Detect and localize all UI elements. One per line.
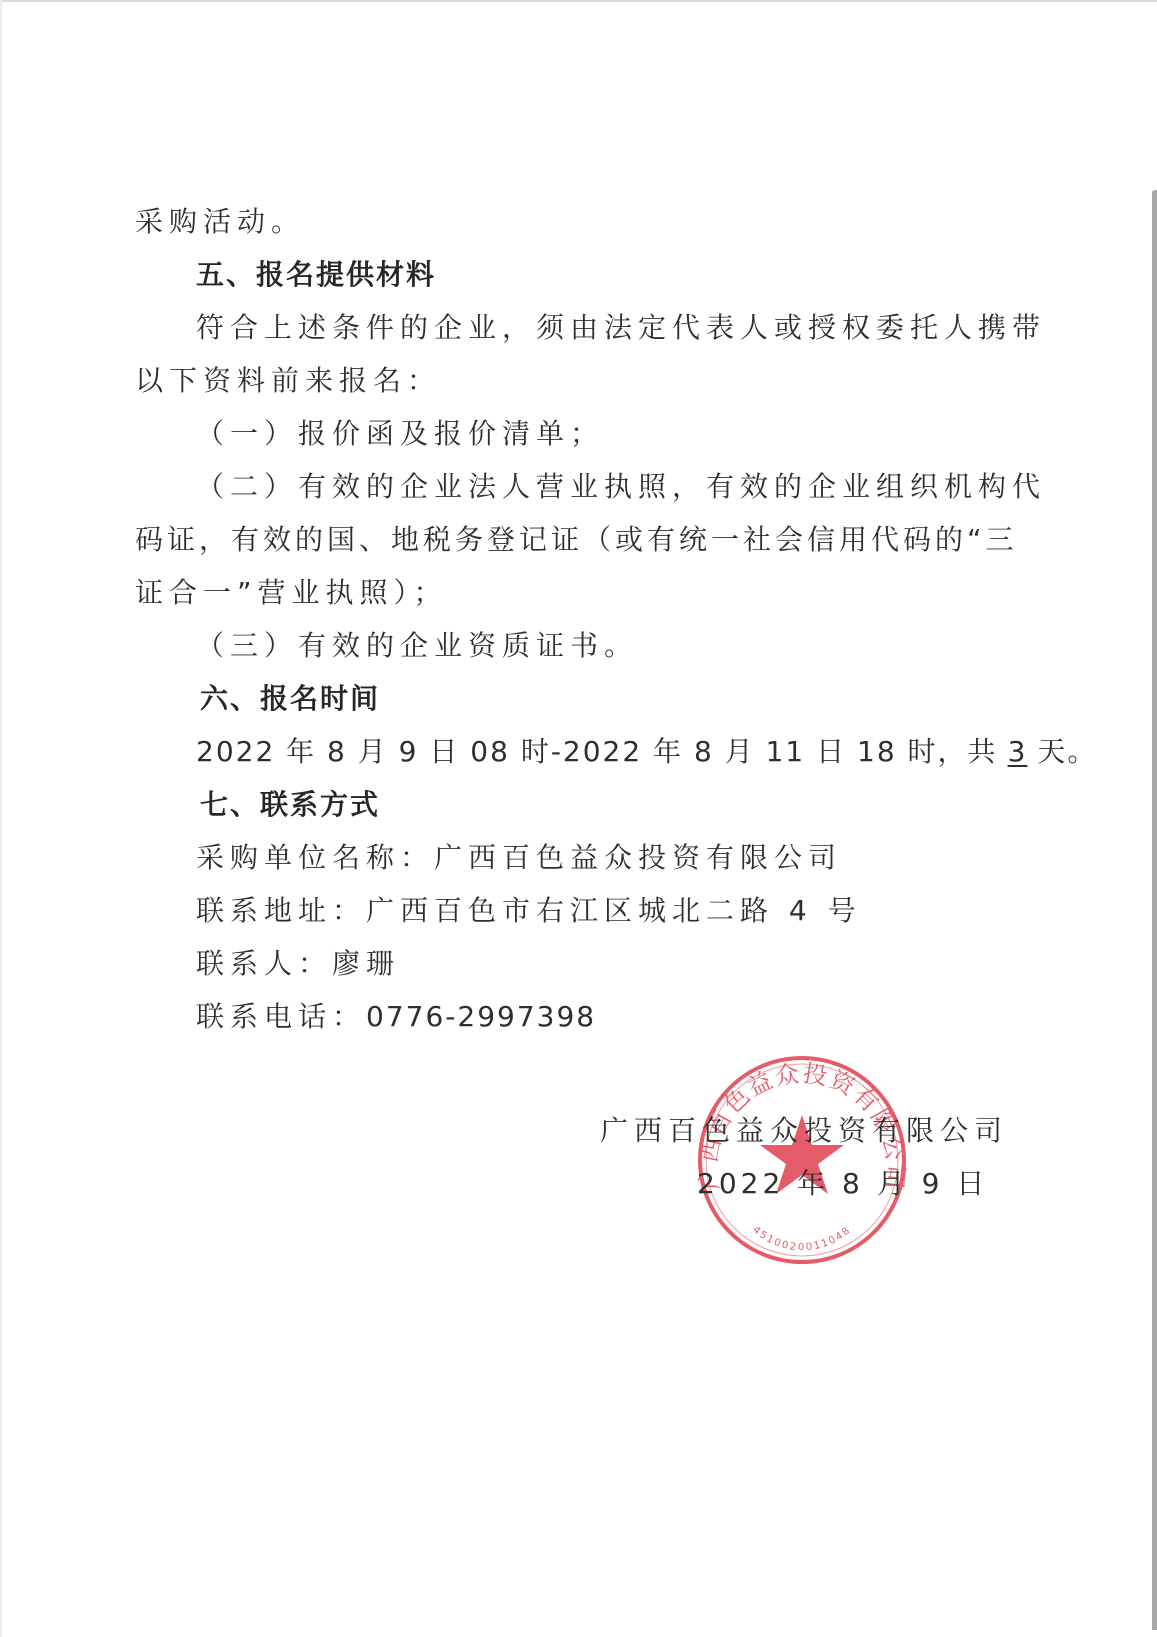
registration-time-range: 2022 年 8 月 9 日 08 时-2022 年 8 月 11 日 18 时…	[196, 735, 998, 768]
section-7-heading: 七、联系方式	[200, 787, 380, 823]
section-5-intro-line-2: 以下资料前来报名：	[135, 363, 441, 399]
phone-row: 联系电话：0776-2997398	[196, 999, 596, 1035]
section-5-intro-line-1: 符合上述条件的企业，须由法定代表人或授权委托人携带	[196, 310, 1046, 346]
contact-person-value: 廖珊	[332, 947, 400, 980]
material-item-2-line-3: 证合一”营业执照）；	[135, 575, 448, 611]
registration-time: 2022 年 8 月 9 日 08 时-2022 年 8 月 11 日 18 时…	[196, 734, 1097, 770]
material-item-1: （一）报价函及报价清单；	[196, 416, 604, 452]
contact-person-row: 联系人：廖珊	[196, 946, 400, 982]
material-item-2-line-1: （二）有效的企业法人营业执照，有效的企业组织机构代	[196, 469, 1046, 505]
registration-days: 3	[998, 735, 1038, 768]
address-row: 联系地址：广西百色市右江区城北二路 4 号	[196, 893, 862, 929]
page-border-left	[0, 0, 2, 1637]
section-6-heading: 六、报名时间	[200, 681, 380, 717]
contact-person-label: 联系人：	[196, 947, 332, 980]
purchaser-label: 采购单位名称：	[196, 841, 434, 874]
phone-value: 0776-2997398	[366, 1000, 596, 1033]
address-value: 广西百色市右江区城北二路 4 号	[366, 894, 862, 927]
purchaser-value: 广西百色益众投资有限公司	[434, 841, 842, 874]
signature-date: 2022 年 8 月 9 日	[697, 1166, 988, 1202]
phone-label: 联系电话：	[196, 1000, 366, 1033]
section-5-heading: 五、报名提供材料	[196, 257, 436, 293]
registration-days-suffix: 天。	[1037, 735, 1097, 768]
purchaser-row: 采购单位名称：广西百色益众投资有限公司	[196, 840, 842, 876]
material-item-2-line-2: 码证，有效的国、地税务登记证（或有统一社会信用代码的“三	[135, 522, 1018, 558]
continuation-text: 采购活动。	[135, 204, 305, 240]
scrollbar[interactable]	[1152, 190, 1157, 1630]
page-border-top	[0, 0, 1157, 2]
material-item-3: （三）有效的企业资质证书。	[196, 628, 638, 664]
address-label: 联系地址：	[196, 894, 366, 927]
signature-company: 广西百色益众投资有限公司	[600, 1113, 1008, 1149]
official-seal-stamp: 广西百色益众投资有限公司 4510020011048	[695, 1053, 909, 1267]
